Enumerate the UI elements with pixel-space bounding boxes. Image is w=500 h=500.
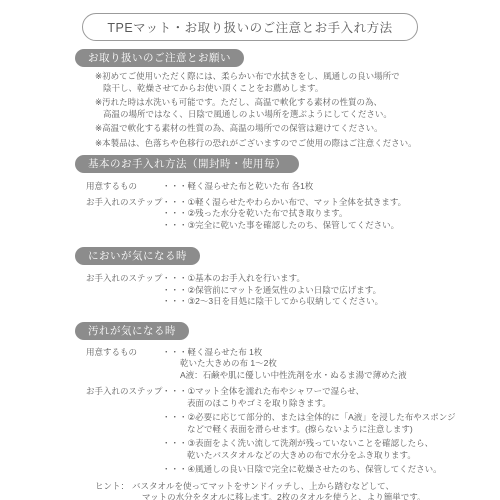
supply-line: ・・・軽く湿らせた布 1枚	[162, 347, 407, 359]
note-line: ※高温で軟化する素材の性質の為、高温の場所での保管は避けてください。	[95, 123, 500, 135]
row-label: お手入れのステップ	[86, 197, 162, 232]
step-line: ・・・③表面をよく洗い流して洗剤が残っていないことを確認したら、	[162, 438, 456, 450]
row-label: 用意するもの	[86, 347, 162, 382]
note-line: ※本製品は、色落ちや色移行の恐れがございますのでご使用の際はご注意ください。	[95, 138, 500, 150]
note-line: 高温の場所ではなく、日陰で風通しのよい場所を選ぶようにしてください。	[103, 109, 500, 121]
step-line: ・・・①マット全体を濡れた布やシャワーで湿らせ、	[162, 386, 456, 398]
section-odor: においが気になる時 お手入れのステップ ・・・①基本のお手入れを行います。 ・・…	[0, 246, 500, 308]
hint-label: ヒント：	[95, 481, 132, 500]
step-line: ・・・③2～3日を目処に陰干してから収納してください。	[162, 296, 383, 308]
note-line: ※汚れた時は水洗いも可能です。ただし、高温で軟化する素材の性質の為、	[95, 97, 500, 109]
row-content: ・・・①マット全体を濡れた布やシャワーで湿らせ、 表面のほこりやゴミを取り除きま…	[162, 386, 456, 476]
row-content: ・・・①基本のお手入れを行います。 ・・・②保管前にマットを通気性のよい日陰で広…	[162, 273, 383, 308]
hint-line: バスタオルを使ってマットをサンドイッチし、上から踏むなどして、	[132, 481, 426, 493]
hint-content: バスタオルを使ってマットをサンドイッチし、上から踏むなどして、 マットの水分をタ…	[132, 481, 426, 500]
supply-line: A液：石鹸や肌に優しい中性洗剤を水・ぬるま湯で薄めた液	[180, 370, 407, 382]
step-line: ・・・③完全に乾いた事を確認したのち、保管してください。	[162, 220, 406, 232]
care-row-steps: お手入れのステップ ・・・①マット全体を濡れた布やシャワーで湿らせ、 表面のほこ…	[86, 386, 500, 476]
note-line: ※初めてご使用いただく際には、柔らかい布で水拭きをし、風通しの良い場所で	[95, 71, 500, 83]
section-basic-care: 基本のお手入れ方法（開封時・使用毎） 用意するもの ・・・軽く湿らせた布と乾いた…	[0, 154, 500, 231]
note-item: ※本製品は、色落ちや色移行の恐れがございますのでご使用の際はご注意ください。	[95, 138, 500, 150]
hint-block: ヒント： バスタオルを使ってマットをサンドイッチし、上から踏むなどして、 マット…	[95, 481, 500, 500]
note-line: 陰干し、乾燥させてからお使い頂くことをお薦めします。	[103, 83, 500, 95]
step-line: 表面のほこりやゴミを取り除きます。	[187, 398, 456, 410]
section-header-basic-care: 基本のお手入れ方法（開封時・使用毎）	[75, 155, 299, 173]
page-title: TPEマット・お取り扱いのご注意とお手入れ方法	[82, 13, 417, 41]
section-stains: 汚れが気になる時 用意するもの ・・・軽く湿らせた布 1枚 乾いた大きめの布 1…	[0, 321, 500, 476]
step-line: ・・・①基本のお手入れを行います。	[162, 273, 383, 285]
supply-line: 乾いた大きめの布 1～2枚	[180, 358, 407, 370]
handling-notes-list: ※初めてご使用いただく際には、柔らかい布で水拭きをし、風通しの良い場所で 陰干し…	[0, 71, 500, 149]
care-instructions-document: TPEマット・お取り扱いのご注意とお手入れ方法 お取り扱いのご注意とお願い ※初…	[0, 0, 500, 500]
section-header-stains: 汚れが気になる時	[75, 322, 189, 340]
row-content: ・・・①軽く湿らせたやわらかい布で、マット全体を拭きます。 ・・・②残った水分を…	[162, 197, 406, 232]
page-number: 50	[245, 495, 255, 500]
step-line: 乾いたバスタオルなどの大きめの布で水分をふき取ります。	[187, 450, 456, 462]
step-line: ・・・④風通しの良い日陰で完全に乾燥させたのち、保管してください。	[162, 464, 456, 476]
care-row-steps: お手入れのステップ ・・・①基本のお手入れを行います。 ・・・②保管前にマットを…	[86, 273, 500, 308]
row-content: ・・・軽く湿らせた布 1枚 乾いた大きめの布 1～2枚 A液：石鹸や肌に優しい中…	[162, 347, 407, 382]
section-handling-notes: お取り扱いのご注意とお願い ※初めてご使用いただく際には、柔らかい布で水拭きをし…	[0, 48, 500, 149]
section-header-odor: においが気になる時	[75, 247, 200, 265]
page-title-text: TPEマット・お取り扱いのご注意とお手入れ方法	[107, 21, 392, 35]
step-line: ・・・②必要に応じて部分的、または全体的に「A液」を浸した布やスポンジ	[162, 412, 456, 424]
row-label: お手入れのステップ	[86, 273, 162, 308]
note-item: ※高温で軟化する素材の性質の為、高温の場所での保管は避けてください。	[95, 123, 500, 135]
supply-line: ・・・軽く湿らせた布と乾いた布 各1枚	[162, 181, 313, 193]
section-header-handling: お取り扱いのご注意とお願い	[75, 49, 244, 67]
row-label: お手入れのステップ	[86, 386, 162, 476]
hint-line: マットの水分をタオルに移します。2枚のタオルを使うと、より簡単です。	[142, 492, 426, 500]
row-content: ・・・軽く湿らせた布と乾いた布 各1枚	[162, 181, 313, 193]
care-row-supplies: 用意するもの ・・・軽く湿らせた布と乾いた布 各1枚	[86, 181, 500, 193]
step-line: ・・・①軽く湿らせたやわらかい布で、マット全体を拭きます。	[162, 197, 406, 209]
care-row-steps: お手入れのステップ ・・・①軽く湿らせたやわらかい布で、マット全体を拭きます。 …	[86, 197, 500, 232]
note-item: ※汚れた時は水洗いも可能です。ただし、高温で軟化する素材の性質の為、 高温の場所…	[95, 97, 500, 120]
note-item: ※初めてご使用いただく際には、柔らかい布で水拭きをし、風通しの良い場所で 陰干し…	[95, 71, 500, 94]
care-row-supplies: 用意するもの ・・・軽く湿らせた布 1枚 乾いた大きめの布 1～2枚 A液：石鹸…	[86, 347, 500, 382]
row-label: 用意するもの	[86, 181, 162, 193]
step-line: ・・・②保管前にマットを通気性のよい日陰で広げます。	[162, 285, 383, 297]
step-line: ・・・②残った水分を乾いた布で拭き取ります。	[162, 208, 406, 220]
step-line: などで軽く表面を滑らせます。(擦らないように注意します)	[187, 424, 456, 436]
